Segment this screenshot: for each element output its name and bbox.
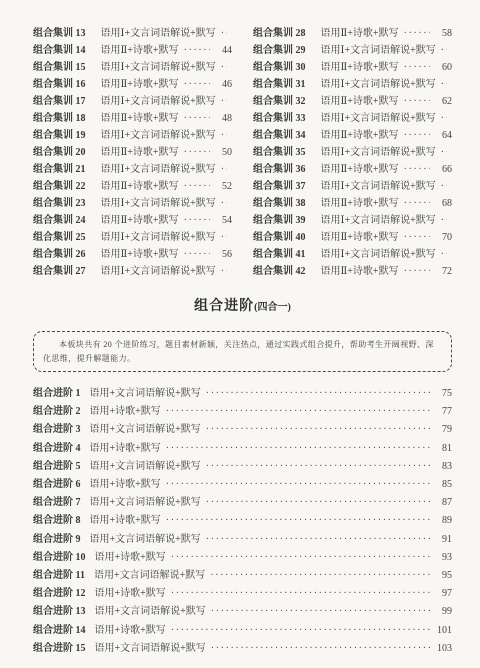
entry-title: 语用Ⅱ+诗歌+默写 (101, 110, 179, 127)
entry-title: 语用Ⅱ+诗歌+默写 (321, 161, 399, 178)
advanced-toc-list: 组合进阶 1 语用+文言词语解说+默写 ····················… (33, 385, 452, 658)
dot-leader: ········································… (221, 25, 227, 42)
entry-label: 组合进阶 4 (33, 440, 81, 458)
toc-entry: 组合进阶 2 语用+诗歌+默写 ························… (33, 403, 452, 421)
dot-leader: ········································… (441, 246, 447, 263)
toc-entry: 组合进阶 14 语用+诗歌+默写 ·······················… (33, 622, 452, 640)
entry-title: 语用+诗歌+默写 (90, 403, 161, 421)
entry-title: 语用Ⅱ+诗歌+默写 (321, 25, 399, 42)
entry-label: 组合进阶 8 (33, 512, 81, 530)
entry-title: 语用+诗歌+默写 (95, 549, 166, 567)
entry-page-number: 58 (434, 25, 452, 42)
dot-leader: ········································… (221, 93, 227, 110)
dot-leader: ········································… (206, 385, 430, 403)
dot-leader: ········································… (166, 403, 430, 421)
dot-leader: ········································… (404, 263, 430, 280)
dot-leader: ········································… (404, 25, 430, 42)
entry-page-number: 71 (451, 246, 452, 263)
toc-column-left: 组合集训 13 语用Ⅰ+文言词语解说+默写 ··················… (33, 25, 232, 280)
dot-leader: ········································… (206, 421, 430, 439)
dot-leader: ········································… (184, 212, 210, 229)
entry-label: 组合集训 14 (33, 42, 86, 59)
entry-label: 组合进阶 13 (33, 603, 86, 621)
entry-title: 语用+诗歌+默写 (95, 622, 166, 640)
toc-entry: 组合进阶 4 语用+诗歌+默写 ························… (33, 440, 452, 458)
entry-page-number: 68 (434, 195, 452, 212)
entry-label: 组合进阶 14 (33, 622, 86, 640)
entry-title: 语用Ⅱ+诗歌+默写 (101, 212, 179, 229)
entry-title: 语用Ⅰ+文言词语解说+默写 (101, 59, 216, 76)
entry-title: 语用+诗歌+默写 (90, 440, 161, 458)
entry-page-number: 81 (434, 440, 452, 458)
entry-title: 语用Ⅰ+文言词语解说+默写 (101, 25, 216, 42)
dot-leader: ········································… (441, 42, 447, 59)
toc-entry: 组合集训 14 语用Ⅱ+诗歌+默写 ······················… (33, 42, 232, 59)
section-heading-main: 组合进阶 (194, 299, 254, 314)
entry-label: 组合集训 32 (253, 93, 306, 110)
toc-entry: 组合进阶 5 语用+文言词语解说+默写 ····················… (33, 458, 452, 476)
entry-label: 组合进阶 12 (33, 585, 86, 603)
entry-page-number: 83 (434, 458, 452, 476)
dot-leader: ········································… (184, 178, 210, 195)
entry-title: 语用Ⅱ+诗歌+默写 (321, 59, 399, 76)
entry-title: 语用Ⅱ+诗歌+默写 (321, 229, 399, 246)
entry-title: 语用Ⅱ+诗歌+默写 (101, 246, 179, 263)
entry-page-number: 63 (451, 110, 452, 127)
entry-page-number: 56 (214, 246, 232, 263)
entry-page-number: 93 (434, 549, 452, 567)
dot-leader: ········································… (184, 110, 210, 127)
entry-label: 组合进阶 9 (33, 531, 81, 549)
entry-page-number: 60 (434, 59, 452, 76)
toc-entry: 组合进阶 9 语用+文言词语解说+默写 ····················… (33, 531, 452, 549)
entry-title: 语用Ⅱ+诗歌+默写 (321, 195, 399, 212)
entry-title: 语用Ⅰ+文言词语解说+默写 (321, 178, 436, 195)
entry-label: 组合集训 25 (33, 229, 86, 246)
entry-title: 语用+诗歌+默写 (90, 512, 161, 530)
section-heading-suffix: (四合一) (254, 302, 291, 313)
entry-title: 语用Ⅰ+文言词语解说+默写 (101, 93, 216, 110)
dot-leader: ········································… (221, 59, 227, 76)
dot-leader: ········································… (221, 161, 227, 178)
entry-label: 组合集训 19 (33, 127, 86, 144)
entry-title: 语用Ⅰ+文言词语解说+默写 (321, 212, 436, 229)
toc-column-right: 组合集训 28 语用Ⅱ+诗歌+默写 ······················… (253, 25, 452, 280)
entry-page-number: 44 (214, 42, 232, 59)
toc-entry: 组合进阶 3 语用+文言词语解说+默写 ····················… (33, 421, 452, 439)
entry-label: 组合集训 13 (33, 25, 86, 42)
entry-page-number: 87 (434, 494, 452, 512)
dot-leader: ········································… (441, 212, 447, 229)
entry-page-number: 65 (451, 144, 452, 161)
toc-entry: 组合集训 19 语用Ⅰ+文言词语解说+默写 ··················… (33, 127, 232, 144)
toc-entry: 组合集训 41 语用Ⅰ+文言词语解说+默写 ··················… (253, 246, 452, 263)
entry-page-number: 43 (231, 25, 232, 42)
dot-leader: ········································… (184, 76, 210, 93)
dot-leader: ········································… (206, 494, 430, 512)
entry-title: 语用+文言词语解说+默写 (90, 494, 201, 512)
entry-title: 语用+文言词语解说+默写 (95, 640, 206, 658)
entry-title: 语用Ⅱ+诗歌+默写 (101, 144, 179, 161)
entry-label: 组合集训 30 (253, 59, 306, 76)
toc-entry: 组合集训 31 语用Ⅰ+文言词语解说+默写 ··················… (253, 76, 452, 93)
toc-page: 组合集训 13 语用Ⅰ+文言词语解说+默写 ··················… (0, 0, 480, 668)
toc-entry: 组合集训 23 语用Ⅰ+文言词语解说+默写 ··················… (33, 195, 232, 212)
entry-title: 语用Ⅱ+诗歌+默写 (101, 42, 179, 59)
entry-title: 语用Ⅰ+文言词语解说+默写 (101, 161, 216, 178)
section-note-box: 本板块共有 20 个进阶练习，题目素材新颖，关注热点，通过实践式组合提升，帮助考… (33, 331, 452, 372)
entry-label: 组合集训 38 (253, 195, 306, 212)
entry-label: 组合集训 34 (253, 127, 306, 144)
entry-label: 组合进阶 7 (33, 494, 81, 512)
entry-label: 组合进阶 15 (33, 640, 86, 658)
entry-label: 组合进阶 11 (33, 567, 85, 585)
entry-page-number: 72 (434, 263, 452, 280)
toc-entry: 组合进阶 7 语用+文言词语解说+默写 ····················… (33, 494, 452, 512)
entry-label: 组合集训 24 (33, 212, 86, 229)
toc-entry: 组合进阶 15 语用+文言词语解说+默写 ···················… (33, 640, 452, 658)
entry-page-number: 99 (434, 603, 452, 621)
entry-label: 组合进阶 5 (33, 458, 81, 476)
dot-leader: ········································… (441, 76, 447, 93)
entry-label: 组合进阶 10 (33, 549, 86, 567)
toc-entry: 组合集训 15 语用Ⅰ+文言词语解说+默写 ··················… (33, 59, 232, 76)
entry-page-number: 77 (434, 403, 452, 421)
entry-page-number: 79 (434, 421, 452, 439)
entry-page-number: 97 (434, 585, 452, 603)
toc-entry: 组合进阶 11 语用+文言词语解说+默写 ···················… (33, 567, 452, 585)
dot-leader: ········································… (404, 93, 430, 110)
entry-page-number: 51 (231, 161, 232, 178)
dot-leader: ········································… (184, 42, 210, 59)
entry-title: 语用Ⅰ+文言词语解说+默写 (321, 110, 436, 127)
dot-leader: ········································… (211, 640, 430, 658)
toc-entry: 组合进阶 10 语用+诗歌+默写 ·······················… (33, 549, 452, 567)
toc-entry: 组合集训 42 语用Ⅱ+诗歌+默写 ······················… (253, 263, 452, 280)
toc-entry: 组合集训 38 语用Ⅱ+诗歌+默写 ······················… (253, 195, 452, 212)
entry-title: 语用+诗歌+默写 (90, 476, 161, 494)
entry-page-number: 59 (451, 42, 452, 59)
dot-leader: ········································… (166, 440, 430, 458)
toc-entry: 组合集训 37 语用Ⅰ+文言词语解说+默写 ··················… (253, 178, 452, 195)
entry-label: 组合集训 21 (33, 161, 86, 178)
toc-entry: 组合集训 16 语用Ⅱ+诗歌+默写 ······················… (33, 76, 232, 93)
entry-label: 组合集训 40 (253, 229, 306, 246)
section-note-text: 本板块共有 20 个进阶练习，题目素材新颖，关注热点，通过实践式组合提升，帮助考… (43, 338, 442, 366)
entry-label: 组合集训 42 (253, 263, 306, 280)
toc-entry: 组合集训 21 语用Ⅰ+文言词语解说+默写 ··················… (33, 161, 232, 178)
entry-title: 语用+文言词语解说+默写 (95, 603, 206, 621)
dot-leader: ········································… (404, 195, 430, 212)
entry-page-number: 50 (214, 144, 232, 161)
entry-page-number: 101 (434, 622, 452, 640)
entry-label: 组合集训 35 (253, 144, 306, 161)
entry-title: 语用+诗歌+默写 (95, 585, 166, 603)
entry-label: 组合集训 20 (33, 144, 86, 161)
toc-entry: 组合进阶 13 语用+文言词语解说+默写 ···················… (33, 603, 452, 621)
dot-leader: ········································… (210, 567, 430, 585)
entry-title: 语用Ⅱ+诗歌+默写 (101, 178, 179, 195)
dot-leader: ········································… (404, 127, 430, 144)
entry-label: 组合集训 16 (33, 76, 86, 93)
entry-page-number: 91 (434, 531, 452, 549)
toc-entry: 组合进阶 1 语用+文言词语解说+默写 ····················… (33, 385, 452, 403)
toc-entry: 组合集训 29 语用Ⅰ+文言词语解说+默写 ··················… (253, 42, 452, 59)
entry-page-number: 55 (231, 229, 232, 246)
entry-title: 语用+文言词语解说+默写 (90, 385, 201, 403)
toc-entry: 组合集训 26 语用Ⅱ+诗歌+默写 ······················… (33, 246, 232, 263)
dot-leader: ········································… (211, 603, 430, 621)
entry-title: 语用Ⅰ+文言词语解说+默写 (321, 42, 436, 59)
entry-title: 语用+文言词语解说+默写 (90, 421, 201, 439)
entry-page-number: 95 (434, 567, 452, 585)
toc-entry: 组合进阶 8 语用+诗歌+默写 ························… (33, 512, 452, 530)
toc-entry: 组合集训 17 语用Ⅰ+文言词语解说+默写 ··················… (33, 93, 232, 110)
toc-entry: 组合集训 32 语用Ⅱ+诗歌+默写 ······················… (253, 93, 452, 110)
entry-title: 语用Ⅰ+文言词语解说+默写 (101, 127, 216, 144)
toc-entry: 组合集训 22 语用Ⅱ+诗歌+默写 ······················… (33, 178, 232, 195)
toc-entry: 组合集训 25 语用Ⅰ+文言词语解说+默写 ··················… (33, 229, 232, 246)
entry-title: 语用Ⅰ+文言词语解说+默写 (101, 229, 216, 246)
toc-entry: 组合集训 33 语用Ⅰ+文言词语解说+默写 ··················… (253, 110, 452, 127)
entry-page-number: 61 (451, 76, 452, 93)
entry-label: 组合集训 23 (33, 195, 86, 212)
dot-leader: ········································… (171, 585, 430, 603)
entry-label: 组合集训 18 (33, 110, 86, 127)
dot-leader: ········································… (441, 110, 447, 127)
entry-label: 组合集训 36 (253, 161, 306, 178)
entry-page-number: 54 (214, 212, 232, 229)
entry-page-number: 70 (434, 229, 452, 246)
entry-page-number: 89 (434, 512, 452, 530)
entry-label: 组合集训 22 (33, 178, 86, 195)
dot-leader: ········································… (441, 178, 447, 195)
toc-entry: 组合集训 18 语用Ⅱ+诗歌+默写 ······················… (33, 110, 232, 127)
entry-title: 语用Ⅰ+文言词语解说+默写 (321, 246, 436, 263)
entry-label: 组合集训 39 (253, 212, 306, 229)
entry-page-number: 64 (434, 127, 452, 144)
entry-page-number: 85 (434, 476, 452, 494)
entry-title: 语用+文言词语解说+默写 (94, 567, 205, 585)
dot-leader: ········································… (166, 476, 430, 494)
toc-entry: 组合集训 40 语用Ⅱ+诗歌+默写 ······················… (253, 229, 452, 246)
toc-entry: 组合集训 28 语用Ⅱ+诗歌+默写 ······················… (253, 25, 452, 42)
dot-leader: ········································… (206, 531, 430, 549)
dot-leader: ········································… (171, 549, 430, 567)
entry-page-number: 46 (214, 76, 232, 93)
dot-leader: ········································… (171, 622, 430, 640)
entry-page-number: 67 (451, 178, 452, 195)
toc-entry: 组合集训 27 语用Ⅰ+文言词语解说+默写 ··················… (33, 263, 232, 280)
entry-label: 组合集训 29 (253, 42, 306, 59)
entry-page-number: 66 (434, 161, 452, 178)
entry-page-number: 52 (214, 178, 232, 195)
entry-label: 组合集训 31 (253, 76, 306, 93)
entry-label: 组合集训 26 (33, 246, 86, 263)
entry-page-number: 75 (434, 385, 452, 403)
entry-title: 语用Ⅱ+诗歌+默写 (321, 263, 399, 280)
toc-entry: 组合集训 30 语用Ⅱ+诗歌+默写 ······················… (253, 59, 452, 76)
entry-label: 组合集训 15 (33, 59, 86, 76)
dot-leader: ········································… (221, 229, 227, 246)
toc-entry: 组合集训 20 语用Ⅱ+诗歌+默写 ······················… (33, 144, 232, 161)
entry-label: 组合集训 33 (253, 110, 306, 127)
section-heading: 组合进阶(四合一) (33, 297, 452, 318)
toc-entry: 组合集训 35 语用Ⅰ+文言词语解说+默写 ··················… (253, 144, 452, 161)
entry-page-number: 62 (434, 93, 452, 110)
dot-leader: ········································… (441, 144, 447, 161)
dot-leader: ········································… (206, 458, 430, 476)
entry-title: 语用Ⅱ+诗歌+默写 (321, 127, 399, 144)
toc-entry: 组合集训 36 语用Ⅱ+诗歌+默写 ······················… (253, 161, 452, 178)
entry-title: 语用+文言词语解说+默写 (90, 531, 201, 549)
entry-label: 组合集训 17 (33, 93, 86, 110)
entry-page-number: 48 (214, 110, 232, 127)
entry-title: 语用Ⅰ+文言词语解说+默写 (321, 76, 436, 93)
toc-entry: 组合集训 13 语用Ⅰ+文言词语解说+默写 ··················… (33, 25, 232, 42)
entry-title: 语用Ⅱ+诗歌+默写 (101, 76, 179, 93)
entry-label: 组合进阶 2 (33, 403, 81, 421)
dot-leader: ········································… (221, 195, 227, 212)
entry-label: 组合集训 37 (253, 178, 306, 195)
toc-entry: 组合进阶 6 语用+诗歌+默写 ························… (33, 476, 452, 494)
dot-leader: ········································… (221, 263, 227, 280)
entry-page-number: 53 (231, 195, 232, 212)
entry-page-number: 103 (434, 640, 452, 658)
dot-leader: ········································… (166, 512, 430, 530)
toc-entry: 组合集训 34 语用Ⅱ+诗歌+默写 ······················… (253, 127, 452, 144)
entry-title: 语用Ⅰ+文言词语解说+默写 (101, 195, 216, 212)
dot-leader: ········································… (184, 144, 210, 161)
top-toc-two-columns: 组合集训 13 语用Ⅰ+文言词语解说+默写 ··················… (33, 25, 452, 280)
entry-label: 组合集训 28 (253, 25, 306, 42)
toc-entry: 组合集训 39 语用Ⅰ+文言词语解说+默写 ··················… (253, 212, 452, 229)
toc-entry: 组合进阶 12 语用+诗歌+默写 ·······················… (33, 585, 452, 603)
toc-entry: 组合集训 24 语用Ⅱ+诗歌+默写 ······················… (33, 212, 232, 229)
entry-label: 组合进阶 1 (33, 385, 81, 403)
dot-leader: ········································… (404, 161, 430, 178)
entry-label: 组合集训 27 (33, 263, 86, 280)
entry-title: 语用Ⅱ+诗歌+默写 (321, 93, 399, 110)
entry-label: 组合进阶 6 (33, 476, 81, 494)
entry-label: 组合集训 41 (253, 246, 306, 263)
entry-page-number: 47 (231, 93, 232, 110)
entry-page-number: 57 (231, 263, 232, 280)
entry-title: 语用Ⅰ+文言词语解说+默写 (101, 263, 216, 280)
dot-leader: ········································… (404, 59, 430, 76)
entry-page-number: 69 (451, 212, 452, 229)
dot-leader: ········································… (404, 229, 430, 246)
entry-title: 语用Ⅰ+文言词语解说+默写 (321, 144, 436, 161)
entry-page-number: 45 (231, 59, 232, 76)
dot-leader: ········································… (221, 127, 227, 144)
dot-leader: ········································… (184, 246, 210, 263)
entry-label: 组合进阶 3 (33, 421, 81, 439)
entry-title: 语用+文言词语解说+默写 (90, 458, 201, 476)
entry-page-number: 49 (231, 127, 232, 144)
